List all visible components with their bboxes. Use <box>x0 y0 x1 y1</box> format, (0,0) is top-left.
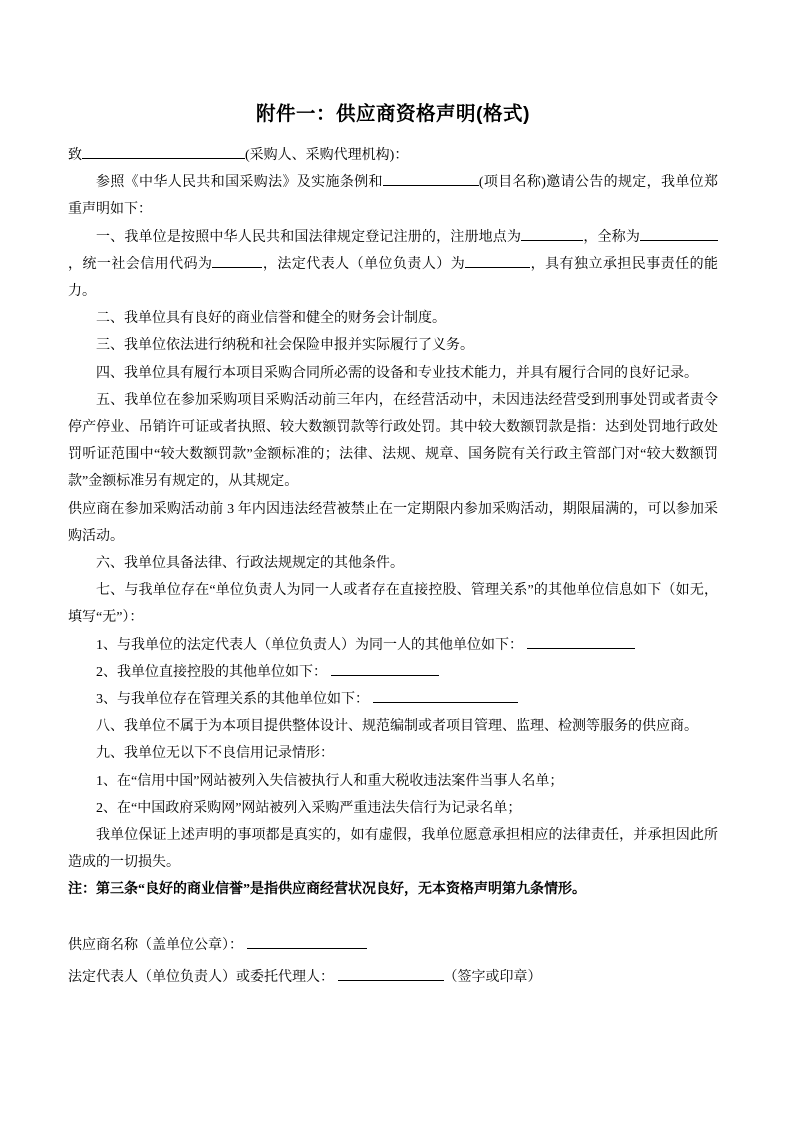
blank-underline <box>247 933 367 949</box>
text-run: 六、我单位具备法律、行政法规规定的其他条件。 <box>96 556 404 571</box>
text-run: 2、在“中国政府采购网”网站被列入采购严重违法失信行为记录名单； <box>96 801 521 816</box>
clause-7: 七、与我单位存在“单位负责人为同一人或者存在直接控股、管理关系”的其他单位信息如… <box>68 577 718 631</box>
text-run: 一、我单位是按照中华人民共和国法律规定登记注册的，注册地点为 <box>96 230 521 245</box>
text-run: 法定代表人（单位负责人）或委托代理人： <box>68 970 338 985</box>
blank-underline <box>383 170 479 186</box>
intro-paragraph: 参照《中华人民共和国采购法》及实施条例和(项目名称)邀请公告的规定，我单位郑重声… <box>68 169 718 223</box>
text-run: 四、我单位具有履行本项目采购合同所必需的设备和专业技术能力，并具有履行合同的良好… <box>96 366 698 381</box>
blank-underline <box>465 252 530 268</box>
document-title: 附件一：供应商资格声明(格式) <box>68 100 718 128</box>
clause-9-item-1: 1、在“信用中国”网站被列入失信被执行人和重大税收违法案件当事人名单； <box>68 768 718 795</box>
text-run: 五、我单位在参加采购项目采购活动前三年内，在经营活动中，未因违法经营受到刑事处罚… <box>68 393 718 490</box>
text-run: 供应商名称（盖单位公章）： <box>68 938 247 953</box>
clause-3: 三、我单位依法进行纳税和社会保险申报并实际履行了义务。 <box>68 332 718 359</box>
text-run: 二、我单位具有良好的商业信誉和健全的财务会计制度。 <box>96 311 446 326</box>
text-run: (采购人、采购代理机构)： <box>245 148 408 163</box>
clause-5: 五、我单位在参加采购项目采购活动前三年内，在经营活动中，未因违法经营受到刑事处罚… <box>68 387 718 496</box>
salutation-line: 致(采购人、采购代理机构)： <box>68 142 718 169</box>
document-body: 致(采购人、采购代理机构)：参照《中华人民共和国采购法》及实施条例和(项目名称)… <box>68 142 718 991</box>
clause-1: 一、我单位是按照中华人民共和国法律规定登记注册的，注册地点为，全称为，统一社会信… <box>68 224 718 306</box>
text-run: 参照《中华人民共和国采购法》及实施条例和 <box>96 175 383 190</box>
blank-underline <box>212 252 262 268</box>
clause-4: 四、我单位具有履行本项目采购合同所必需的设备和专业技术能力，并具有履行合同的良好… <box>68 360 718 387</box>
clause-9-item-2: 2、在“中国政府采购网”网站被列入采购严重违法失信行为记录名单； <box>68 795 718 822</box>
clause-6: 六、我单位具备法律、行政法规规定的其他条件。 <box>68 550 718 577</box>
text-run: 供应商在参加采购活动前 3 年内因违法经营被禁止在一定期限内参加采购活动，期限届… <box>68 502 718 544</box>
legal-rep-line: 法定代表人（单位负责人）或委托代理人： （签字或印章） <box>68 964 718 991</box>
document-page: 附件一：供应商资格声明(格式) 致(采购人、采购代理机构)：参照《中华人民共和国… <box>0 0 793 1122</box>
text-run: 九、我单位无以下不良信用记录情形： <box>96 746 334 761</box>
text-run: （签字或印章） <box>444 970 542 985</box>
text-run: 七、与我单位存在“单位负责人为同一人或者存在直接控股、管理关系”的其他单位信息如… <box>68 583 718 625</box>
text-run: ，法定代表人（单位负责人）为 <box>262 257 465 272</box>
blank-underline <box>338 965 444 981</box>
closing-paragraph: 我单位保证上述声明的事项都是真实的，如有虚假，我单位愿意承担相应的法律责任，并承… <box>68 822 718 876</box>
blank-underline <box>331 660 439 676</box>
clause-8: 八、我单位不属于为本项目提供整体设计、规范编制或者项目管理、监理、检测等服务的供… <box>68 713 718 740</box>
clause-7-item-3: 3、与我单位存在管理关系的其他单位如下： <box>68 686 718 713</box>
text-run: 我单位保证上述声明的事项都是真实的，如有虚假，我单位愿意承担相应的法律责任，并承… <box>68 828 718 870</box>
clause-9: 九、我单位无以下不良信用记录情形： <box>68 740 718 767</box>
clause-7-item-2: 2、我单位直接控股的其他单位如下： <box>68 659 718 686</box>
text-run: 注：第三条“良好的商业信誉”是指供应商经营状况良好，无本资格声明第九条情形。 <box>68 882 586 897</box>
supplier-name-line: 供应商名称（盖单位公章）： <box>68 932 718 959</box>
clause-7-item-1: 1、与我单位的法定代表人（单位负责人）为同一人的其他单位如下： <box>68 632 718 659</box>
blank-underline <box>521 225 583 241</box>
note-line: 注：第三条“良好的商业信誉”是指供应商经营状况良好，无本资格声明第九条情形。 <box>68 876 718 903</box>
text-run: 致 <box>68 148 82 163</box>
text-run: 八、我单位不属于为本项目提供整体设计、规范编制或者项目管理、监理、检测等服务的供… <box>96 719 698 734</box>
clause-5-supplement: 供应商在参加采购活动前 3 年内因违法经营被禁止在一定期限内参加采购活动，期限届… <box>68 496 718 550</box>
text-run: 1、与我单位的法定代表人（单位负责人）为同一人的其他单位如下： <box>96 638 527 653</box>
blank-underline <box>373 687 518 703</box>
text-run: 2、我单位直接控股的其他单位如下： <box>96 665 331 680</box>
text-run: 3、与我单位存在管理关系的其他单位如下： <box>96 692 373 707</box>
blank-underline <box>640 225 718 241</box>
text-run: 1、在“信用中国”网站被列入失信被执行人和重大税收违法案件当事人名单； <box>96 774 563 789</box>
text-run: ，全称为 <box>583 230 640 245</box>
blank-underline <box>527 633 635 649</box>
blank-underline <box>82 143 245 159</box>
clause-2: 二、我单位具有良好的商业信誉和健全的财务会计制度。 <box>68 305 718 332</box>
text-run: ，统一社会信用代码为 <box>68 257 212 272</box>
text-run: 三、我单位依法进行纳税和社会保险申报并实际履行了义务。 <box>96 338 474 353</box>
